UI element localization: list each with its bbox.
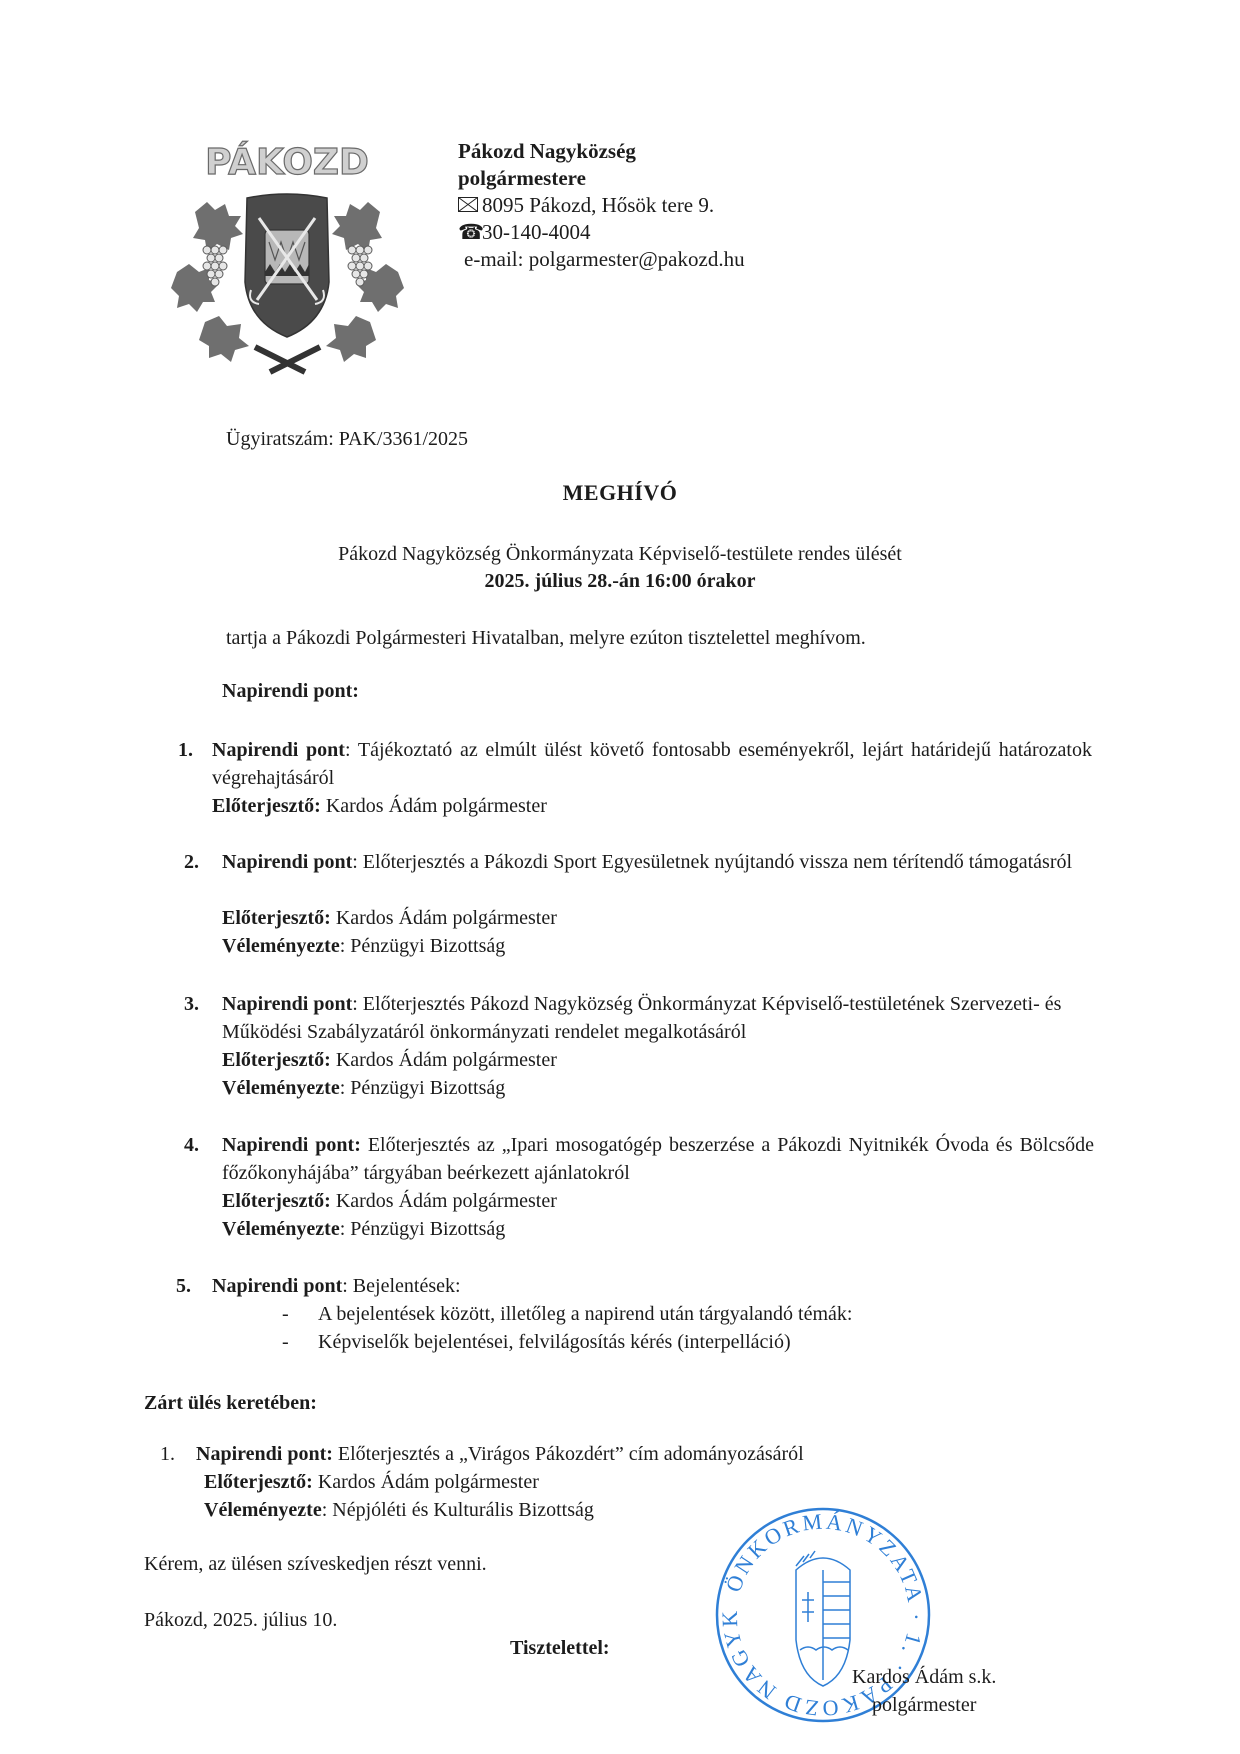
reviewer-label: Véleményezte <box>222 1218 340 1240</box>
presenter-label: Előterjesztő: <box>222 1190 331 1212</box>
reviewer-name: Pénzügyi Bizottság <box>350 1218 505 1240</box>
bullet-item: A bejelentések között, illetőleg a napir… <box>318 1300 852 1328</box>
item-number: 2. <box>184 848 199 876</box>
place-date: Pákozd, 2025. július 10. <box>144 1609 337 1632</box>
phone: 30-140-4004 <box>482 220 591 244</box>
presenter-name: Kardos Ádám polgármester <box>326 795 547 817</box>
email[interactable]: e-mail: polgarmester@pakozd.hu <box>464 246 745 273</box>
item-label: Napirendi pont <box>222 993 352 1015</box>
letterhead: Pákozd Nagyközség polgármestere 8095 Pák… <box>458 138 745 273</box>
item-body: Napirendi pont: Előterjesztés a Pákozdi … <box>222 848 1094 876</box>
regards: Tisztelettel: <box>510 1637 610 1660</box>
telephone-icon: ☎ <box>458 219 482 246</box>
item-body: Napirendi pont: Előterjesztés az „Ipari … <box>222 1131 1094 1187</box>
item-number: 1. <box>178 736 193 764</box>
presenter: Előterjesztő: Kardos Ádám polgármester <box>222 1187 557 1215</box>
presenter-name: Kardos Ádám polgármester <box>318 1471 539 1493</box>
item-body: Napirendi pont: Tájékoztató az elmúlt ül… <box>212 736 1092 792</box>
presenter-name: Kardos Ádám polgármester <box>336 1049 557 1071</box>
item-number: 1. <box>160 1440 175 1468</box>
presenter-label: Előterjesztő: <box>222 1049 331 1071</box>
bullet-item: Képviselők bejelentései, felvilágosítás … <box>318 1328 791 1356</box>
agenda-heading: Napirendi pont: <box>222 680 359 703</box>
presenter-name: Kardos Ádám polgármester <box>336 1190 557 1212</box>
item-label: Napirendi pont <box>222 851 352 873</box>
item-text: Előterjesztés a Pákozdi Sport Egyesületn… <box>363 851 1072 873</box>
attendance-request: Kérem, az ülésen szíveskedjen részt venn… <box>144 1553 487 1576</box>
address-line: 8095 Pákozd, Hősök tere 9. <box>458 192 745 219</box>
item-number: 5. <box>176 1272 191 1300</box>
reviewer-label: Véleményezte <box>204 1499 322 1521</box>
item-text: Előterjesztés a „Virágos Pákozdért” cím … <box>338 1443 804 1465</box>
item-body: Napirendi pont: Bejelentések: <box>212 1272 461 1300</box>
item-number: 3. <box>184 990 199 1018</box>
presenter: Előterjesztő: Kardos Ádám polgármester <box>204 1468 539 1496</box>
item-body: Napirendi pont: Előterjesztés Pákozd Nag… <box>222 990 1102 1046</box>
reviewer: Véleményezte: Népjóléti és Kulturális Bi… <box>204 1496 594 1524</box>
item-body: Napirendi pont: Előterjesztés a „Virágos… <box>196 1440 804 1468</box>
presenter-label: Előterjesztő: <box>204 1471 313 1493</box>
presenter-name: Kardos Ádám polgármester <box>336 907 557 929</box>
item-label: Napirendi pont: <box>222 1134 361 1156</box>
document-title: MEGHÍVÓ <box>0 480 1240 506</box>
address: 8095 Pákozd, Hősök tere 9. <box>482 193 714 217</box>
item-label: Napirendi pont <box>212 1275 342 1297</box>
phone-line: ☎30-140-4004 <box>458 219 745 246</box>
reviewer-label: Véleményezte <box>222 1077 340 1099</box>
envelope-icon <box>458 192 482 219</box>
coat-of-arms-logo: PÁKOZD <box>165 132 410 377</box>
reviewer-name: Népjóléti és Kulturális Bizottság <box>332 1499 594 1521</box>
bullet-dash: - <box>282 1300 289 1328</box>
reviewer-label: Véleményezte <box>222 935 340 957</box>
closed-session-heading: Zárt ülés keretében: <box>144 1392 317 1415</box>
reviewer: Véleményezte: Pénzügyi Bizottság <box>222 1215 505 1243</box>
reviewer: Véleményezte: Pénzügyi Bizottság <box>222 932 505 960</box>
venue-line: tartja a Pákozdi Polgármesteri Hivatalba… <box>226 627 866 650</box>
crest-label: PÁKOZD <box>205 141 369 183</box>
item-text: Bejelentések: <box>353 1275 461 1297</box>
reviewer-name: Pénzügyi Bizottság <box>350 935 505 957</box>
presenter-label: Előterjesztő: <box>212 795 321 817</box>
meeting-datetime: 2025. július 28.-án 16:00 órakor <box>0 568 1240 595</box>
intro-line-1: Pákozd Nagyközség Önkormányzata Képvisel… <box>0 541 1240 568</box>
intro: Pákozd Nagyközség Önkormányzata Képvisel… <box>0 541 1240 595</box>
org-name: Pákozd Nagyközség <box>458 138 745 165</box>
signer-role: polgármester <box>872 1694 976 1717</box>
case-number: Ügyiratszám: PAK/3361/2025 <box>226 428 468 451</box>
reviewer: Véleményezte: Pénzügyi Bizottság <box>222 1074 505 1102</box>
presenter: Előterjesztő: Kardos Ádám polgármester <box>222 904 557 932</box>
reviewer-name: Pénzügyi Bizottság <box>350 1077 505 1099</box>
presenter: Előterjesztő: Kardos Ádám polgármester <box>222 1046 557 1074</box>
bullet-dash: - <box>282 1328 289 1356</box>
org-role: polgármestere <box>458 165 745 192</box>
presenter-label: Előterjesztő: <box>222 907 331 929</box>
item-label: Napirendi pont: <box>196 1443 333 1465</box>
presenter: Előterjesztő: Kardos Ádám polgármester <box>212 792 547 820</box>
item-number: 4. <box>184 1131 199 1159</box>
item-label: Napirendi pont <box>212 739 345 761</box>
signer-name: Kardos Ádám s.k. <box>852 1666 996 1689</box>
